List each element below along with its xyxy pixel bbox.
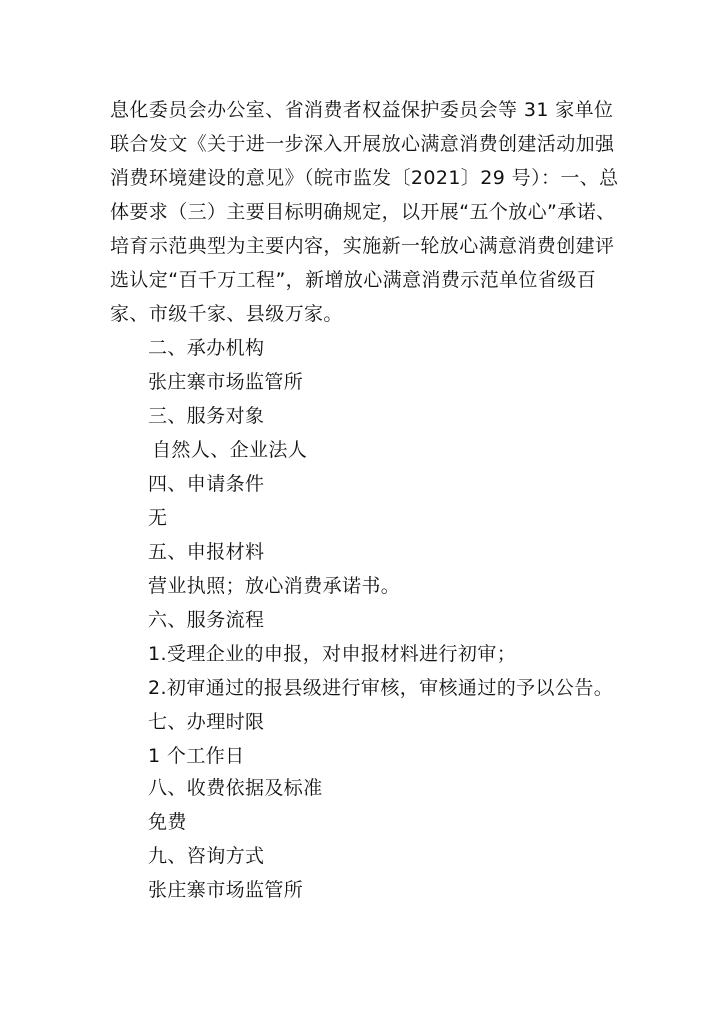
document-page: 息化委员会办公室、省消费者权益保护委员会等 31 家单位 联合发文《关于进一步深… [0, 0, 715, 1011]
section-heading-organizer: 二、承办机构 [148, 336, 264, 360]
section-content-fees: 免费 [148, 810, 187, 834]
section-content-materials: 营业执照；放心消费承诺书。 [148, 574, 400, 598]
paragraph-line: 消费环境建设的意见》（皖市监发〔2021〕29 号）：一、总 [110, 166, 619, 190]
paragraph-line: 选认定“百千万工程”，新增放心满意消费示范单位省级百 [110, 268, 596, 292]
section-heading-process: 六、服务流程 [148, 608, 264, 632]
section-content-process-step-1: 1.受理企业的申报，对申报材料进行初审； [148, 642, 516, 666]
paragraph-line: 体要求（三）主要目标明确规定，以开展“五个放心”承诺、 [110, 200, 616, 224]
section-heading-materials: 五、申报材料 [148, 540, 264, 564]
section-heading-conditions: 四、申请条件 [148, 472, 264, 496]
section-heading-service-target: 三、服务对象 [148, 404, 264, 428]
section-content-service-target: 自然人、企业法人 [152, 438, 307, 462]
section-heading-fees: 八、收费依据及标准 [148, 776, 323, 800]
section-content-time-limit: 1 个工作日 [148, 744, 245, 768]
paragraph-line: 息化委员会办公室、省消费者权益保护委员会等 31 家单位 [110, 98, 613, 122]
section-content-organizer: 张庄寨市场监管所 [148, 370, 303, 394]
paragraph-line: 联合发文《关于进一步深入开展放心满意消费创建活动加强 [110, 132, 614, 156]
section-heading-contact: 九、咨询方式 [148, 844, 264, 868]
paragraph-line: 家、市级千家、县级万家。 [110, 302, 343, 326]
section-content-process-step-2: 2.初审通过的报县级进行审核，审核通过的予以公告。 [148, 676, 613, 700]
paragraph-line: 培育示范典型为主要内容，实施新一轮放心满意消费创建评 [110, 234, 614, 258]
section-heading-time-limit: 七、办理时限 [148, 710, 264, 734]
section-content-conditions: 无 [148, 506, 167, 530]
section-content-contact: 张庄寨市场监管所 [148, 878, 303, 902]
